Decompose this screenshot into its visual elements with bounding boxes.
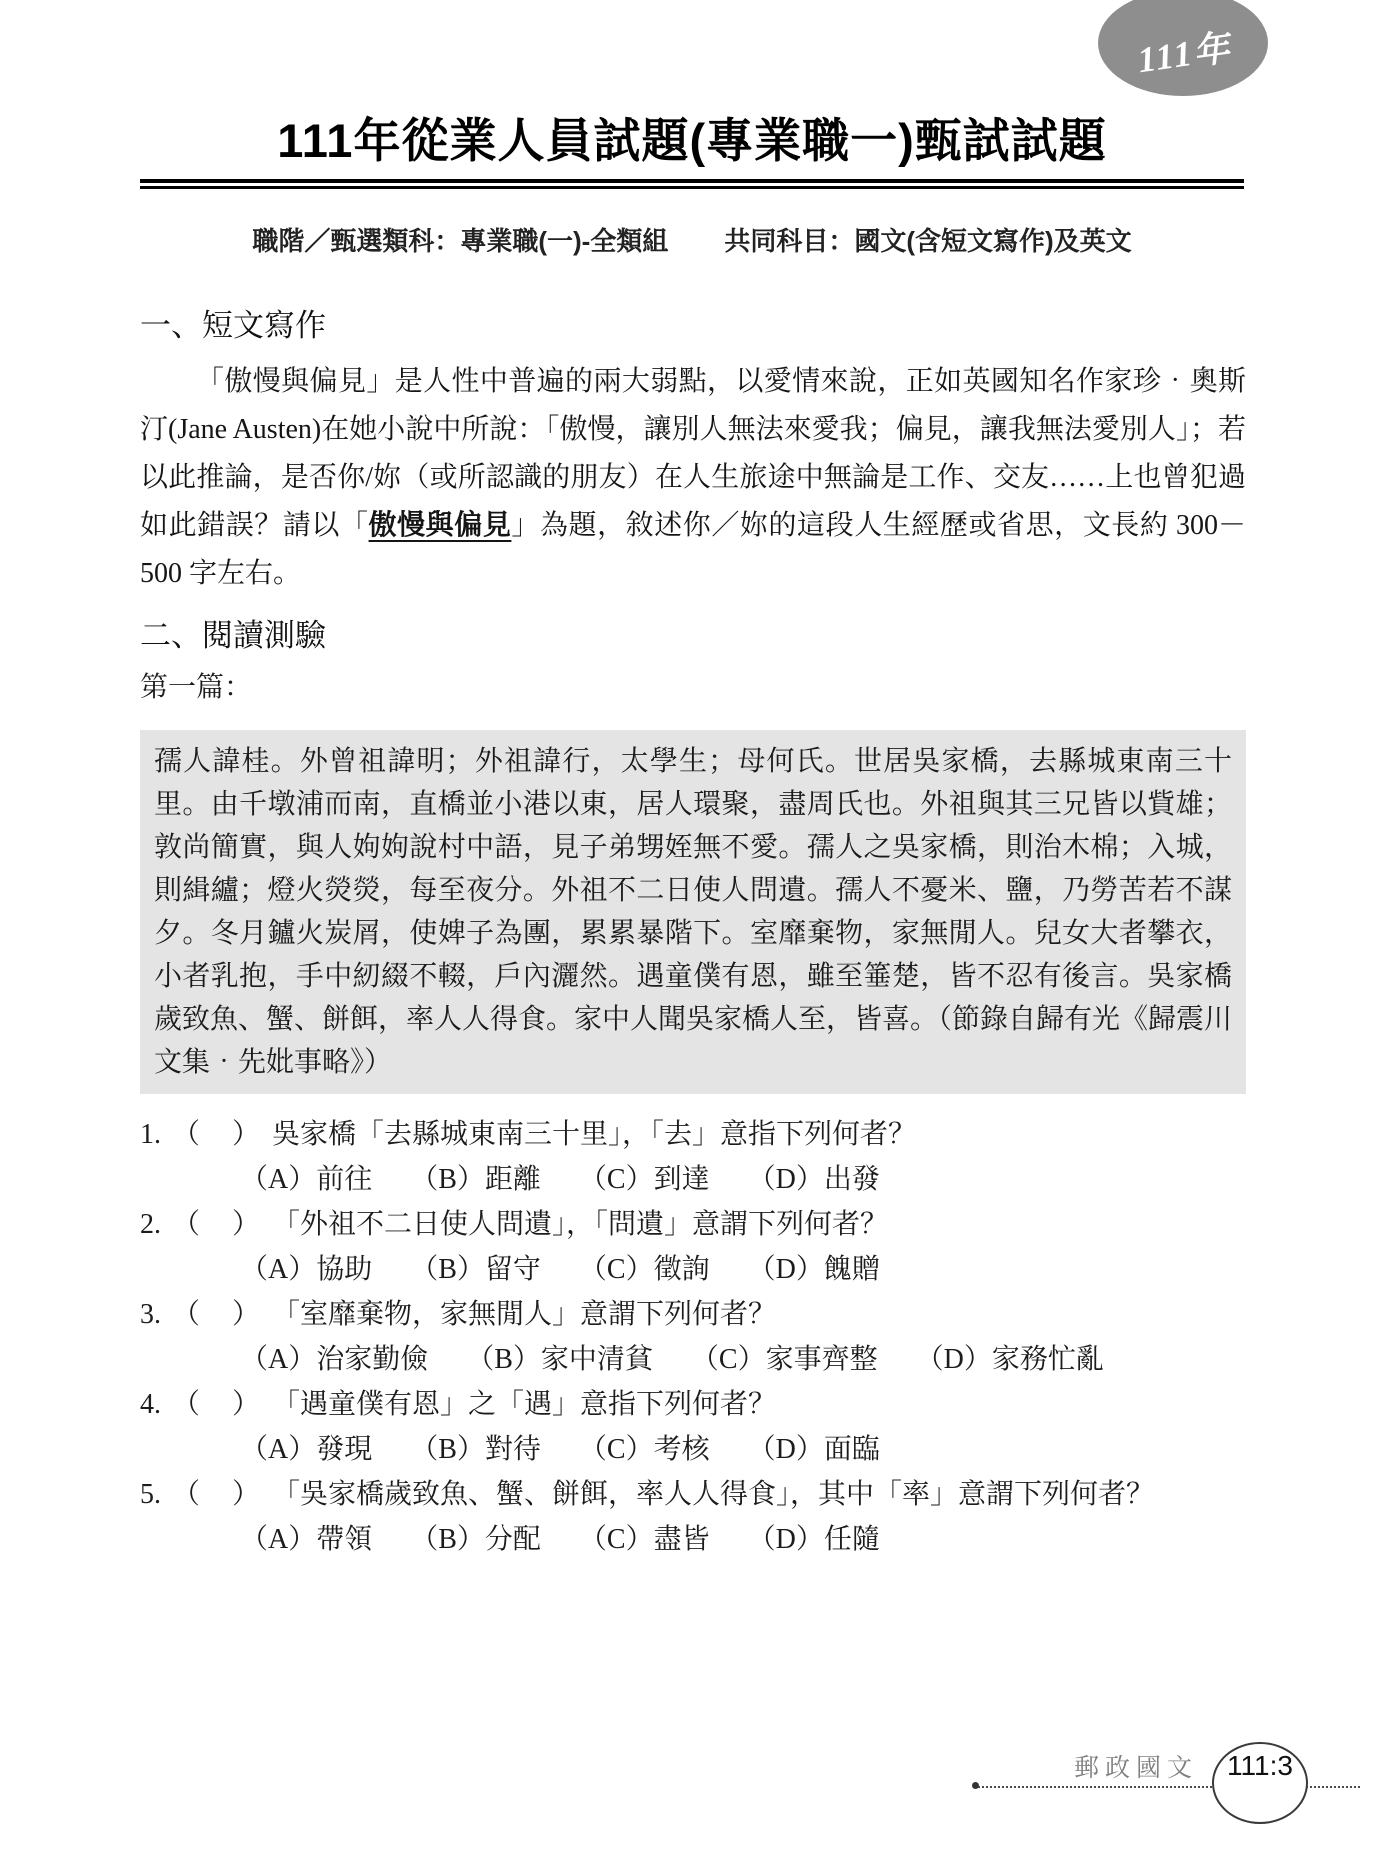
page-number-badge: 111:3 [1212,1742,1308,1824]
year-badge-text: 111年 [1134,19,1234,83]
question-3: 3. （ ） 「室靡棄物，家無閒人」意謂下列何者？ （A）治家勤儉 （B）家中清… [140,1292,1246,1382]
option-a: （A）治家勤儉 [240,1337,428,1382]
option-d: （D）出發 [748,1157,880,1202]
option-d: （D）面臨 [748,1427,880,1472]
page-header: 111年從業人員試題(專業職一)甄試試題 職階／甄選類科：專業職(一)-全類組 … [140,112,1244,258]
question-text: 「吳家橋歲致魚、蟹、餅餌，率人人得食」，其中「率」意謂下列何者？ [272,1472,1246,1517]
option-b: （B）留守 [410,1247,541,1292]
answer-blank: （ ） [172,1202,262,1247]
subtitle-subject: 共同科目：國文(含短文寫作)及英文 [724,221,1131,258]
option-c: （C）家事齊整 [691,1337,878,1382]
option-b: （B）對待 [410,1427,541,1472]
section-reading: 二、閱讀測驗 第一篇： 孺人諱桂。外曾祖諱明；外祖諱行，太學生；母何氏。世居吳家… [140,616,1246,1562]
footer-subject-label: 郵政國文 [1074,1748,1198,1784]
question-list: 1. （ ） 吳家橋「去縣城東南三十里」，「去」意指下列何者？ （A）前往 （B… [140,1112,1246,1562]
question-options: （A）前往 （B）距離 （C）到達 （D）出發 [140,1157,1246,1202]
essay-prompt: 「傲慢與偏見」是人性中普遍的兩大弱點，以愛情來說，正如英國知名作家珍‧奧斯汀(J… [140,358,1246,598]
question-4: 4. （ ） 「遇童僕有恩」之「遇」意指下列何者？ （A）發現 （B）對待 （C… [140,1382,1246,1472]
question-text: 吳家橋「去縣城東南三十里」，「去」意指下列何者？ [272,1112,1246,1157]
question-options: （A）帶領 （B）分配 （C）盡皆 （D）任隨 [140,1517,1246,1562]
part-label: 第一篇： [140,668,1246,708]
answer-blank: （ ） [172,1112,262,1157]
question-5: 5. （ ） 「吳家橋歲致魚、蟹、餅餌，率人人得食」，其中「率」意謂下列何者？ … [140,1472,1246,1562]
question-text: 「室靡棄物，家無閒人」意謂下列何者？ [272,1292,1246,1337]
question-options: （A）治家勤儉 （B）家中清貧 （C）家事齊整 （D）家務忙亂 [140,1337,1246,1382]
question-1: 1. （ ） 吳家橋「去縣城東南三十里」，「去」意指下列何者？ （A）前往 （B… [140,1112,1246,1202]
question-text: 「外祖不二日使人問遺」，「問遺」意謂下列何者？ [272,1202,1246,1247]
option-a: （A）帶領 [240,1517,372,1562]
question-options: （A）發現 （B）對待 （C）考核 （D）面臨 [140,1427,1246,1472]
answer-blank: （ ） [172,1382,262,1427]
section2-heading: 二、閱讀測驗 [140,616,1246,656]
year-badge: 111年 [1098,0,1268,96]
option-a: （A）前往 [240,1157,372,1202]
subtitle-category: 職階／甄選類科：專業職(一)-全類組 [252,221,668,258]
reading-passage: 孺人諱桂。外曾祖諱明；外祖諱行，太學生；母何氏。世居吳家橋，去縣城東南三十里。由… [140,730,1246,1094]
section1-heading: 一、短文寫作 [140,306,1246,346]
option-b: （B）家中清貧 [466,1337,653,1382]
option-d: （D）任隨 [748,1517,880,1562]
option-c: （C）徵詢 [579,1247,710,1292]
title-divider [140,179,1244,189]
option-d: （D）餽贈 [748,1247,880,1292]
option-c: （C）到達 [579,1157,710,1202]
option-c: （C）盡皆 [579,1517,710,1562]
page-number: 111:3 [1227,1750,1293,1782]
option-c: （C）考核 [579,1427,710,1472]
subtitle: 職階／甄選類科：專業職(一)-全類組 共同科目：國文(含短文寫作)及英文 [140,221,1244,258]
section-essay: 一、短文寫作 「傲慢與偏見」是人性中普遍的兩大弱點，以愛情來說，正如英國知名作家… [140,306,1246,598]
answer-blank: （ ） [172,1472,262,1517]
question-number: 4. [140,1382,172,1427]
question-2: 2. （ ） 「外祖不二日使人問遺」，「問遺」意謂下列何者？ （A）協助 （B）… [140,1202,1246,1292]
option-b: （B）分配 [410,1517,541,1562]
question-number: 5. [140,1472,172,1517]
option-a: （A）發現 [240,1427,372,1472]
question-text: 「遇童僕有恩」之「遇」意指下列何者？ [272,1382,1246,1427]
page-title: 111年從業人員試題(專業職一)甄試試題 [140,112,1244,171]
exam-page: 111年 111年從業人員試題(專業職一)甄試試題 職階／甄選類科：專業職(一)… [0,0,1386,1859]
option-b: （B）距離 [410,1157,541,1202]
question-number: 1. [140,1112,172,1157]
option-a: （A）協助 [240,1247,372,1292]
option-d: （D）家務忙亂 [916,1337,1104,1382]
answer-blank: （ ） [172,1292,262,1337]
essay-title-emphasis: 傲慢與偏見 [369,510,512,541]
question-number: 2. [140,1202,172,1247]
question-number: 3. [140,1292,172,1337]
question-options: （A）協助 （B）留守 （C）徵詢 （D）餽贈 [140,1247,1246,1292]
